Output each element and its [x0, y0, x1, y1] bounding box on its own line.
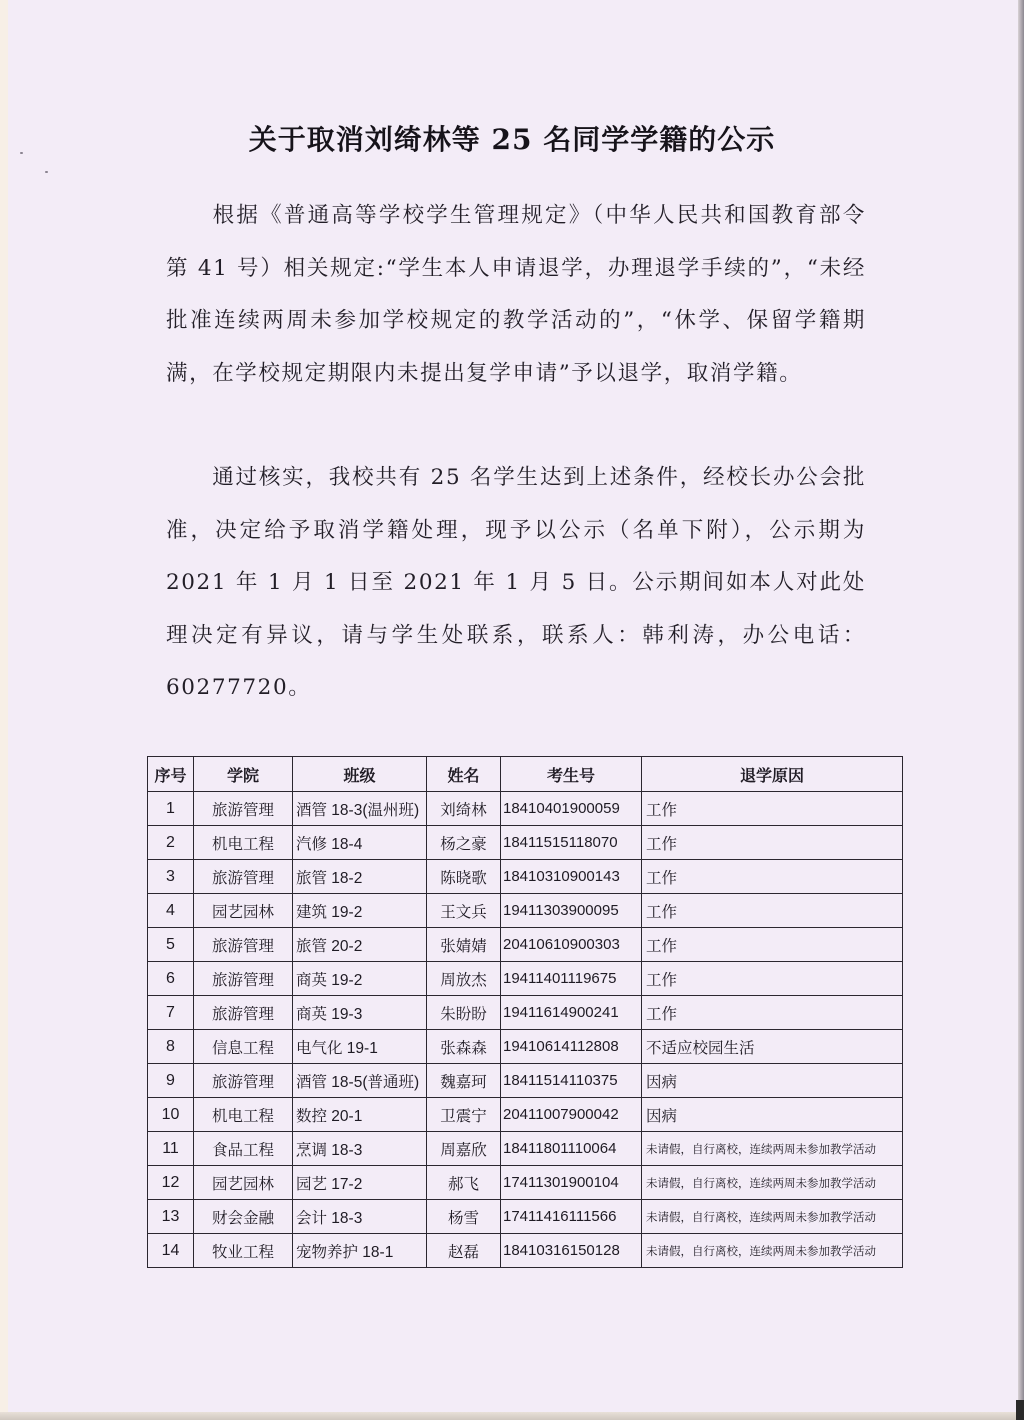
table-row: 9 旅游管理 酒管 18-5(普通班) 魏嘉珂 18411514110375 因… — [148, 1064, 903, 1098]
cell-no: 5 — [148, 928, 194, 962]
cell-college: 旅游管理 — [194, 860, 293, 894]
cell-exam-id: 18411515118070 — [501, 826, 642, 860]
cell-reason: 工作 — [642, 962, 903, 996]
scan-edge-left — [0, 0, 8, 1420]
table-row: 7 旅游管理 商英 19-3 朱盼盼 19411614900241 工作 — [148, 996, 903, 1030]
cell-name: 魏嘉珂 — [427, 1064, 501, 1098]
cell-exam-id: 19411303900095 — [501, 894, 642, 928]
cell-college: 旅游管理 — [194, 962, 293, 996]
cell-reason: 因病 — [642, 1098, 903, 1132]
cell-no: 8 — [148, 1030, 194, 1064]
cell-reason: 未请假，自行离校，连续两周未参加教学活动 — [642, 1166, 903, 1200]
cell-no: 2 — [148, 826, 194, 860]
scan-edge-right — [1018, 0, 1024, 1420]
cell-reason: 未请假，自行离校，连续两周未参加教学活动 — [642, 1132, 903, 1166]
cell-class: 电气化 19-1 — [293, 1030, 427, 1064]
cell-no: 11 — [148, 1132, 194, 1166]
cell-no: 3 — [148, 860, 194, 894]
header-college: 学院 — [194, 757, 293, 792]
cell-exam-id: 20410610900303 — [501, 928, 642, 962]
table-row: 6 旅游管理 商英 19-2 周放杰 19411401119675 工作 — [148, 962, 903, 996]
cell-name: 赵磊 — [427, 1234, 501, 1268]
cell-class: 旅管 18-2 — [293, 860, 427, 894]
cell-college: 信息工程 — [194, 1030, 293, 1064]
cell-name: 郝飞 — [427, 1166, 501, 1200]
cell-reason: 工作 — [642, 860, 903, 894]
header-no: 序号 — [148, 757, 194, 792]
cell-exam-id: 19411614900241 — [501, 996, 642, 1030]
cell-no: 4 — [148, 894, 194, 928]
table-row: 3 旅游管理 旅管 18-2 陈晓歌 18410310900143 工作 — [148, 860, 903, 894]
cell-class: 园艺 17-2 — [293, 1166, 427, 1200]
cell-exam-id: 17411416111566 — [501, 1200, 642, 1234]
cell-name: 王文兵 — [427, 894, 501, 928]
cell-college: 机电工程 — [194, 826, 293, 860]
paragraph-regulation: 根据《普通高等学校学生管理规定》（中华人民共和国教育部令第 41 号）相关规定:… — [166, 190, 866, 400]
student-list-table: 序号 学院 班级 姓名 考生号 退学原因 1 旅游管理 酒管 18-3(温州班)… — [147, 756, 903, 1268]
cell-reason: 不适应校园生活 — [642, 1030, 903, 1064]
cell-college: 机电工程 — [194, 1098, 293, 1132]
cell-exam-id: 18411801110064 — [501, 1132, 642, 1166]
scan-edge-bottom — [0, 1412, 1024, 1420]
table-row: 1 旅游管理 酒管 18-3(温州班) 刘绮林 18410401900059 工… — [148, 792, 903, 826]
cell-name: 杨之豪 — [427, 826, 501, 860]
table-header-row: 序号 学院 班级 姓名 考生号 退学原因 — [148, 757, 903, 792]
cell-college: 旅游管理 — [194, 792, 293, 826]
cell-name: 张婧婧 — [427, 928, 501, 962]
cell-class: 商英 19-2 — [293, 962, 427, 996]
cell-college: 食品工程 — [194, 1132, 293, 1166]
scan-speck — [45, 171, 48, 173]
cell-no: 10 — [148, 1098, 194, 1132]
table-row: 13 财会金融 会计 18-3 杨雪 17411416111566 未请假，自行… — [148, 1200, 903, 1234]
cell-class: 宠物养护 18-1 — [293, 1234, 427, 1268]
table-row: 8 信息工程 电气化 19-1 张森森 19410614112808 不适应校园… — [148, 1030, 903, 1064]
header-reason: 退学原因 — [642, 757, 903, 792]
cell-class: 数控 20-1 — [293, 1098, 427, 1132]
cell-no: 6 — [148, 962, 194, 996]
cell-college: 旅游管理 — [194, 1064, 293, 1098]
cell-college: 园艺园林 — [194, 1166, 293, 1200]
paragraph-text: 根据《普通高等学校学生管理规定》（中华人民共和国教育部令第 41 号）相关规定:… — [166, 203, 866, 386]
paragraph-text: 通过核实，我校共有 25 名学生达到上述条件，经校长办公会批准，决定给予取消学籍… — [166, 465, 866, 700]
cell-exam-id: 19411401119675 — [501, 962, 642, 996]
cell-class: 会计 18-3 — [293, 1200, 427, 1234]
cell-college: 园艺园林 — [194, 894, 293, 928]
cell-reason: 工作 — [642, 894, 903, 928]
cell-no: 14 — [148, 1234, 194, 1268]
cell-exam-id: 17411301900104 — [501, 1166, 642, 1200]
cell-name: 陈晓歌 — [427, 860, 501, 894]
cell-class: 烹调 18-3 — [293, 1132, 427, 1166]
page-title: 关于取消刘绮林等 25 名同学学籍的公示 — [0, 118, 1024, 158]
cell-reason: 工作 — [642, 928, 903, 962]
cell-college: 旅游管理 — [194, 996, 293, 1030]
cell-class: 旅管 20-2 — [293, 928, 427, 962]
cell-exam-id: 19410614112808 — [501, 1030, 642, 1064]
cell-college: 旅游管理 — [194, 928, 293, 962]
student-list-table-container: 序号 学院 班级 姓名 考生号 退学原因 1 旅游管理 酒管 18-3(温州班)… — [147, 756, 903, 1268]
cell-name: 朱盼盼 — [427, 996, 501, 1030]
scan-corner-shadow — [1016, 1400, 1024, 1420]
cell-class: 汽修 18-4 — [293, 826, 427, 860]
cell-exam-id: 18410316150128 — [501, 1234, 642, 1268]
table-row: 11 食品工程 烹调 18-3 周嘉欣 18411801110064 未请假，自… — [148, 1132, 903, 1166]
table-row: 4 园艺园林 建筑 19-2 王文兵 19411303900095 工作 — [148, 894, 903, 928]
header-class: 班级 — [293, 757, 427, 792]
cell-reason: 因病 — [642, 1064, 903, 1098]
cell-reason: 工作 — [642, 792, 903, 826]
table-row: 5 旅游管理 旅管 20-2 张婧婧 20410610900303 工作 — [148, 928, 903, 962]
table-row: 2 机电工程 汽修 18-4 杨之豪 18411515118070 工作 — [148, 826, 903, 860]
cell-reason: 工作 — [642, 996, 903, 1030]
cell-class: 酒管 18-5(普通班) — [293, 1064, 427, 1098]
cell-reason: 工作 — [642, 826, 903, 860]
cell-no: 1 — [148, 792, 194, 826]
cell-name: 刘绮林 — [427, 792, 501, 826]
header-exam-id: 考生号 — [501, 757, 642, 792]
table-row: 10 机电工程 数控 20-1 卫震宁 20411007900042 因病 — [148, 1098, 903, 1132]
cell-name: 杨雪 — [427, 1200, 501, 1234]
cell-name: 周嘉欣 — [427, 1132, 501, 1166]
table-row: 14 牧业工程 宠物养护 18-1 赵磊 18410316150128 未请假，… — [148, 1234, 903, 1268]
cell-class: 商英 19-3 — [293, 996, 427, 1030]
cell-class: 建筑 19-2 — [293, 894, 427, 928]
cell-reason: 未请假，自行离校，连续两周未参加教学活动 — [642, 1200, 903, 1234]
header-name: 姓名 — [427, 757, 501, 792]
cell-exam-id: 20411007900042 — [501, 1098, 642, 1132]
cell-no: 7 — [148, 996, 194, 1030]
cell-no: 13 — [148, 1200, 194, 1234]
cell-college: 牧业工程 — [194, 1234, 293, 1268]
cell-name: 张森森 — [427, 1030, 501, 1064]
cell-no: 9 — [148, 1064, 194, 1098]
cell-reason: 未请假，自行离校，连续两周未参加教学活动 — [642, 1234, 903, 1268]
cell-name: 周放杰 — [427, 962, 501, 996]
cell-class: 酒管 18-3(温州班) — [293, 792, 427, 826]
cell-no: 12 — [148, 1166, 194, 1200]
cell-name: 卫震宁 — [427, 1098, 501, 1132]
cell-college: 财会金融 — [194, 1200, 293, 1234]
table-row: 12 园艺园林 园艺 17-2 郝飞 17411301900104 未请假，自行… — [148, 1166, 903, 1200]
cell-exam-id: 18410310900143 — [501, 860, 642, 894]
cell-exam-id: 18410401900059 — [501, 792, 642, 826]
paragraph-announcement: 通过核实，我校共有 25 名学生达到上述条件，经校长办公会批准，决定给予取消学籍… — [166, 452, 866, 715]
cell-exam-id: 18411514110375 — [501, 1064, 642, 1098]
